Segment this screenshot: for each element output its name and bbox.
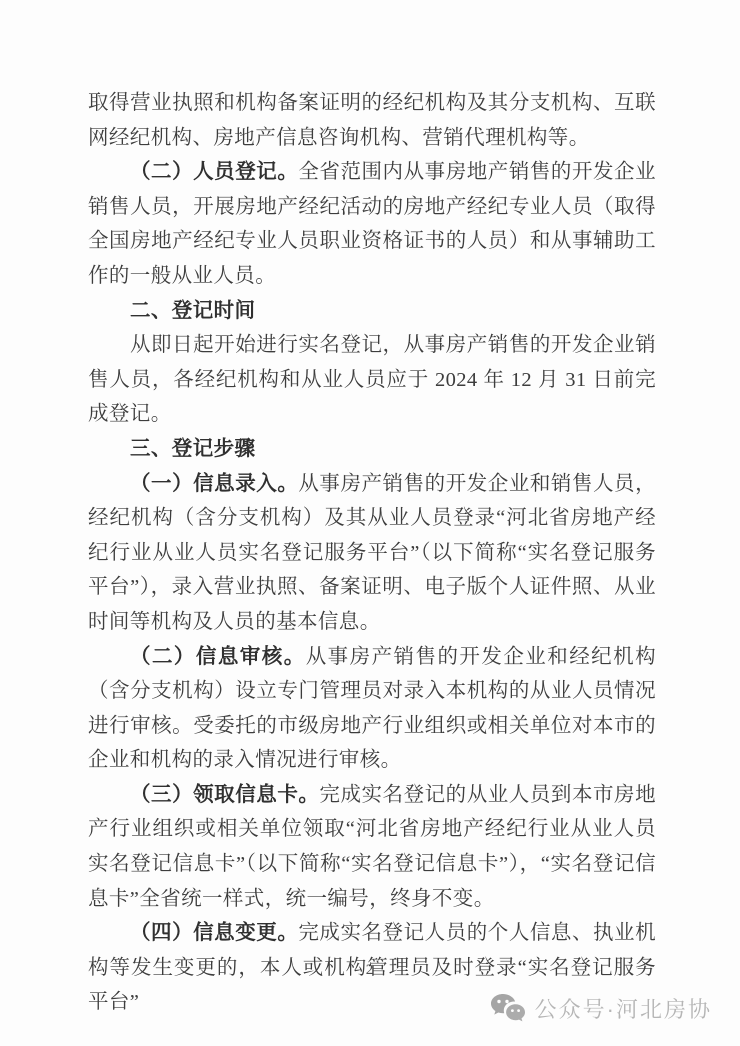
- scanned-document-page: 取得营业执照和机构备案证明的经纪机构及其分支机构、互联网经纪机构、房地产信息咨询…: [0, 0, 740, 1046]
- paragraph-lead-bold: （一）信息录入。: [130, 473, 298, 495]
- paragraph: 取得营业执照和机构备案证明的经纪机构及其分支机构、互联网经纪机构、房地产信息咨询…: [88, 86, 656, 155]
- paragraph: （二）信息审核。从事房产销售的开发企业和经纪机构（含分支机构）设立专门管理员对录…: [88, 640, 656, 778]
- paragraph-text: 取得营业执照和机构备案证明的经纪机构及其分支机构、互联网经纪机构、房地产信息咨询…: [88, 92, 656, 149]
- paragraph-lead-bold: （二）人员登记。: [130, 161, 298, 183]
- paragraph: （三）领取信息卡。完成实名登记的从业人员到本市房地产行业组织或相关单位领取“河北…: [88, 778, 656, 916]
- paragraph-lead-bold: （四）信息变更。: [130, 922, 298, 944]
- paragraph-lead-bold: （二）信息审核。: [130, 646, 306, 668]
- document-body: 取得营业执照和机构备案证明的经纪机构及其分支机构、互联网经纪机构、房地产信息咨询…: [88, 86, 656, 1020]
- paragraph-lead-bold: 二、登记时间: [130, 300, 255, 322]
- wechat-icon: [490, 992, 526, 1024]
- page-number: 2: [0, 962, 740, 979]
- paragraph: （一）信息录入。从事房产销售的开发企业和销售人员，经纪机构（含分支机构）及其从业…: [88, 467, 656, 640]
- paragraph-text: 从即日起开始进行实名登记，从事房产销售的开发企业销售人员，各经纪机构和从业人员应…: [88, 334, 656, 425]
- paragraph: （二）人员登记。全省范围内从事房地产销售的开发企业销售人员，开展房地产经纪活动的…: [88, 155, 656, 293]
- paragraph-lead-bold: 三、登记步骤: [130, 438, 255, 460]
- watermark-text: 公众号·河北房协: [535, 993, 712, 1024]
- paragraph-lead-bold: （三）领取信息卡。: [130, 784, 319, 806]
- section-heading: 二、登记时间: [88, 294, 656, 329]
- paragraph: 从即日起开始进行实名登记，从事房产销售的开发企业销售人员，各经纪机构和从业人员应…: [88, 328, 656, 432]
- wechat-watermark: 公众号·河北房协: [490, 992, 712, 1024]
- section-heading: 三、登记步骤: [88, 432, 656, 467]
- paragraph-text: 从事房产销售的开发企业和销售人员，经纪机构（含分支机构）及其从业人员登录“河北省…: [88, 473, 656, 633]
